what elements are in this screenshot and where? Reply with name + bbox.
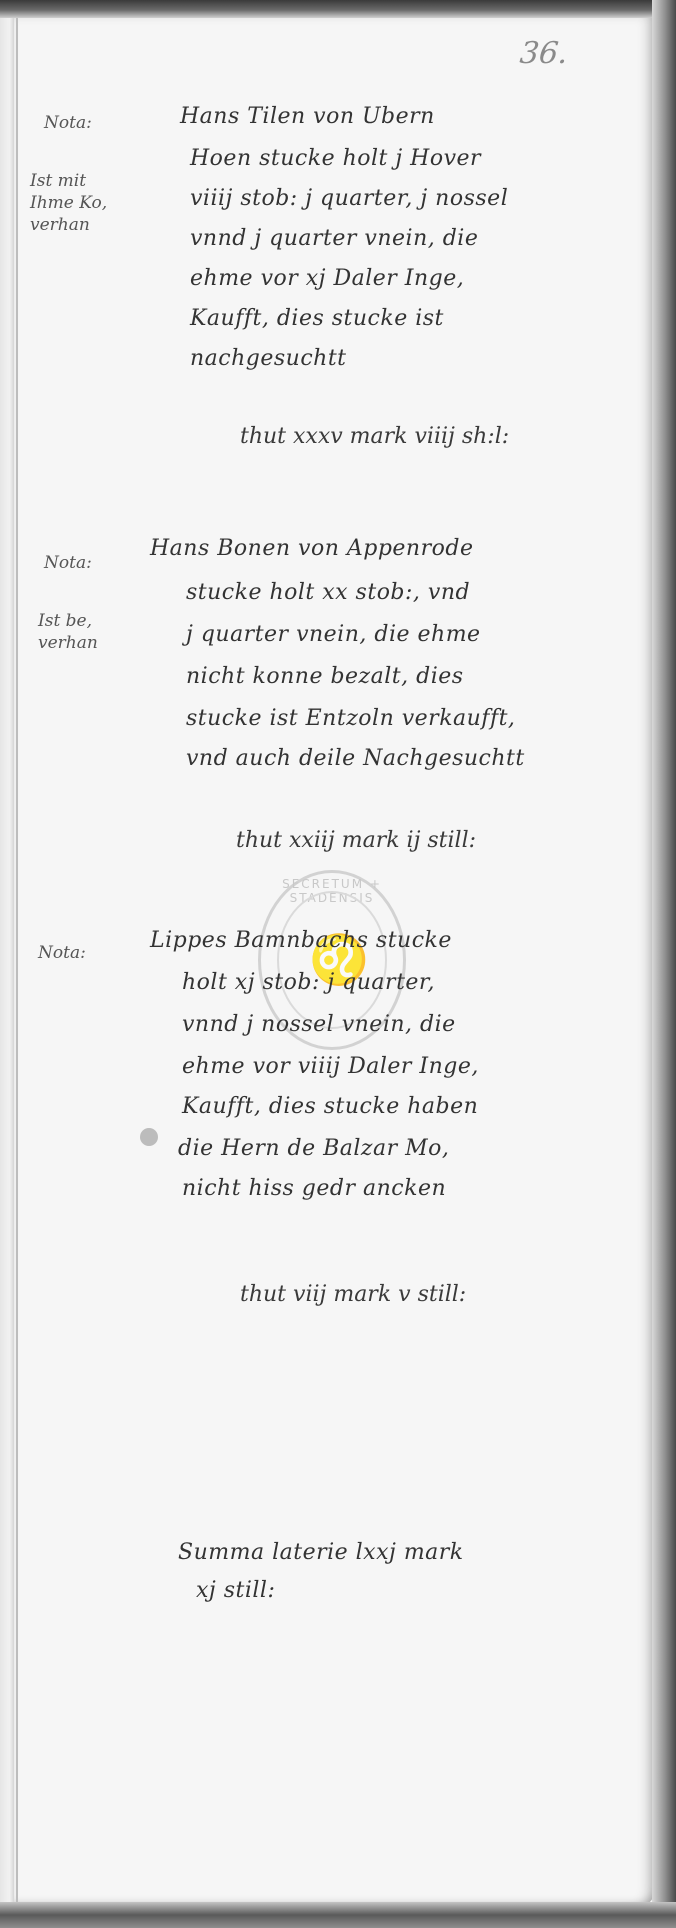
- entry-line: stucke holt xx stob:, vnd: [186, 580, 470, 605]
- entry-line: Lippes Bamnbachs stucke: [150, 928, 452, 953]
- entry-total: thut xxiij mark ij still:: [236, 828, 476, 853]
- entry-total: thut viij mark v still:: [240, 1282, 466, 1307]
- entry-line: j quarter vnein, die ehme: [186, 622, 481, 647]
- page-edge-bottom: [0, 1902, 676, 1928]
- entry-line: viiij stob: j quarter, j nossel: [190, 186, 508, 211]
- gutter-fold-line: [16, 18, 18, 1906]
- entry-line: ehme vor xj Daler Inge,: [190, 266, 464, 291]
- entry-line: nicht konne bezalt, dies: [186, 664, 464, 689]
- entry-line: vnnd j nossel vnein, die: [182, 1012, 456, 1037]
- margin-label-nota: Nota:: [44, 552, 92, 574]
- entry-line: vnnd j quarter vnein, die: [190, 226, 478, 251]
- seal-inscription: SECRETUM + STADENSIS: [261, 877, 403, 905]
- entry-line: nicht hiss gedr ancken: [182, 1176, 446, 1201]
- entry-line: Hans Tilen von Ubern: [180, 104, 435, 129]
- summa-line: Summa laterie lxxj mark: [178, 1540, 464, 1565]
- folio-number: 36.: [518, 36, 569, 71]
- summa-line: xj still:: [196, 1578, 275, 1603]
- entry-line: Kaufft, dies stucke haben: [182, 1094, 478, 1119]
- entry-line: ehme vor viiij Daler Inge,: [182, 1054, 479, 1079]
- entry-line: Hoen stucke holt j Hover: [190, 146, 481, 171]
- ink-blot: [140, 1128, 158, 1146]
- margin-note: Ist mit Ihme Ko, verhan: [30, 170, 107, 236]
- entry-line: vnd auch deile Nachgesuchtt: [186, 746, 525, 771]
- entry-line: holt xj stob: j quarter,: [182, 970, 435, 995]
- margin-note: Ist be, verhan: [38, 610, 98, 654]
- entry-line: Kaufft, dies stucke ist: [190, 306, 444, 331]
- page-edge-right: [652, 0, 676, 1928]
- entry-line: die Hern de Balzar Mo,: [178, 1136, 449, 1161]
- margin-label-nota: Nota:: [38, 942, 86, 964]
- entry-total: thut xxxv mark viiij sh:l:: [240, 424, 509, 449]
- manuscript-scan: 36. Nota: Ist mit Ihme Ko, verhan Hans T…: [0, 0, 676, 1928]
- margin-label-nota: Nota:: [44, 112, 92, 134]
- entry-line: nachgesuchtt: [190, 346, 347, 371]
- entry-line: Hans Bonen von Appenrode: [150, 536, 473, 561]
- entry-line: stucke ist Entzoln verkaufft,: [186, 706, 515, 731]
